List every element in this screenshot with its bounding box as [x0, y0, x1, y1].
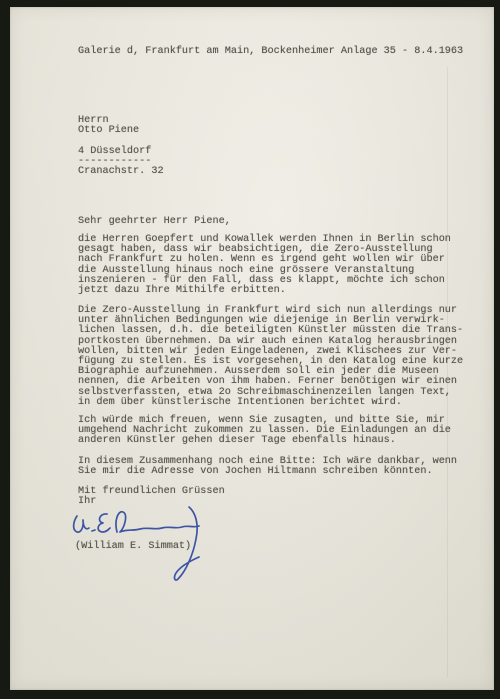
photo-backdrop: Galerie d, Frankfurt am Main, Bockenheim…	[0, 0, 500, 699]
recipient-address-block: 4 Düsseldorf ------------ Cranachstr. 32	[78, 147, 164, 178]
recipient-name-block: Herrn Otto Piene	[78, 116, 139, 136]
letter-paragraph-3: Ich würde mich freuen, wenn Sie zusagten…	[78, 416, 451, 447]
salutation-line: Sehr geehrter Herr Piene,	[78, 217, 231, 227]
letterhead-date-line: Galerie d, Frankfurt am Main, Bockenheim…	[78, 47, 463, 57]
letter-paragraph-2: Die Zero-Ausstellung in Frankfurt wird s…	[78, 306, 463, 408]
letter-paragraph-4: In diesem Zusammenhang noch eine Bitte: …	[78, 457, 457, 477]
letter-paragraph-1: die Herren Goepfert und Kowallek werden …	[78, 235, 451, 296]
typed-signature-name: (William E. Simmat)	[75, 542, 191, 552]
